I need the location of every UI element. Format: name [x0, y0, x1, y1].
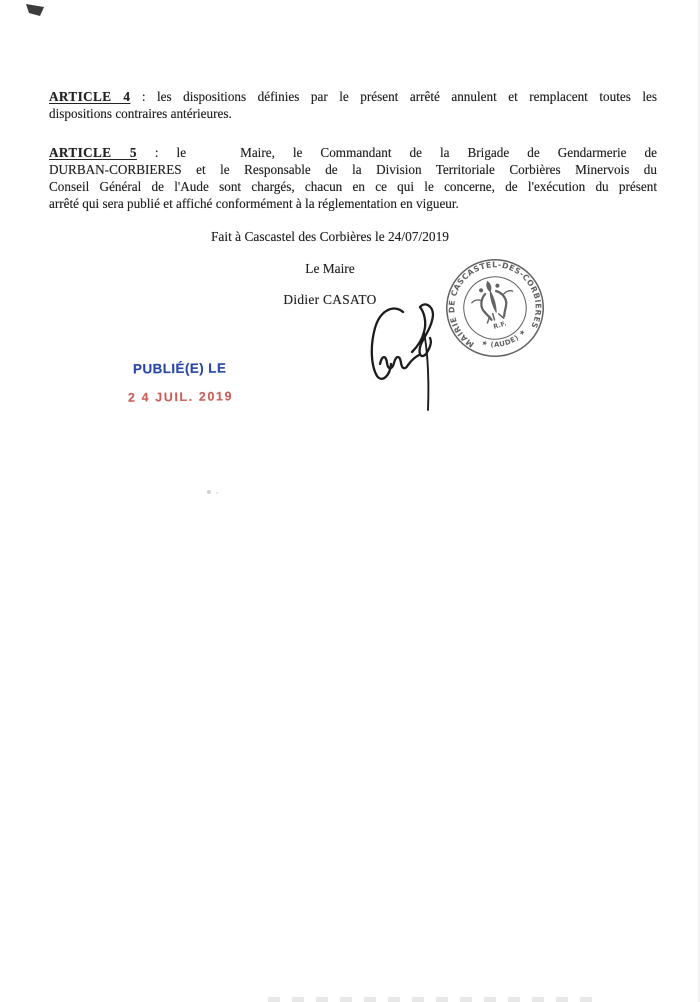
article-5-line-3: Conseil Général de l'Aude sont chargés, …	[49, 178, 657, 195]
signer-title: Le Maire	[20, 261, 640, 277]
scan-artifact-mark	[24, 2, 50, 22]
seal-bottom-text: ★ (AUDE) ★	[479, 326, 530, 354]
place-date-line: Fait à Cascastel des Corbières le 24/07/…	[20, 229, 640, 245]
article-5-paragraph: ARTICLE 5 : le Maire, le Commandant de l…	[49, 144, 657, 212]
article-4-line-1: ARTICLE 4 : les dispositions définies pa…	[49, 88, 657, 105]
seal-rf-text: R.F.	[492, 319, 507, 330]
article-5-line-2: DURBAN-CORBIERES et le Responsable de la…	[49, 161, 657, 178]
published-label-stamp: PUBLIÉ(E) LE	[133, 361, 226, 377]
seal-heraldic-figure	[467, 276, 519, 326]
article-4-heading: ARTICLE 4	[49, 89, 130, 104]
article-4-paragraph: ARTICLE 4 : les dispositions définies pa…	[49, 88, 657, 122]
article-5-line-4: arrêté qui sera publié et affiché confor…	[49, 195, 657, 212]
municipal-seal-stamp: MAIRIE DE CASCASTEL-DES-CORBIERES ★ (AUD…	[443, 256, 547, 360]
signer-name: Didier CASATO	[20, 292, 640, 308]
handwritten-signature	[360, 302, 445, 414]
article-5-heading: ARTICLE 5	[49, 145, 137, 160]
scan-cutoff-text-remnant	[268, 997, 598, 1002]
article-4-line-2: dispositions contraires antérieures.	[49, 105, 657, 122]
scan-speck	[207, 490, 211, 494]
article-5-line-1: ARTICLE 5 : le Maire, le Commandant de l…	[49, 144, 657, 161]
article-5-line-1-text: : le Maire, le Commandant de la Brigade …	[137, 145, 657, 160]
scanned-document-page: ARTICLE 4 : les dispositions définies pa…	[0, 0, 700, 1002]
svg-text:★ (AUDE) ★: ★ (AUDE) ★	[479, 326, 530, 354]
article-4-line-1-text: : les dispositions définies par le prése…	[130, 89, 657, 104]
published-date-stamp: 2 4 JUIL. 2019	[128, 389, 233, 404]
scan-speck-small	[216, 492, 218, 494]
